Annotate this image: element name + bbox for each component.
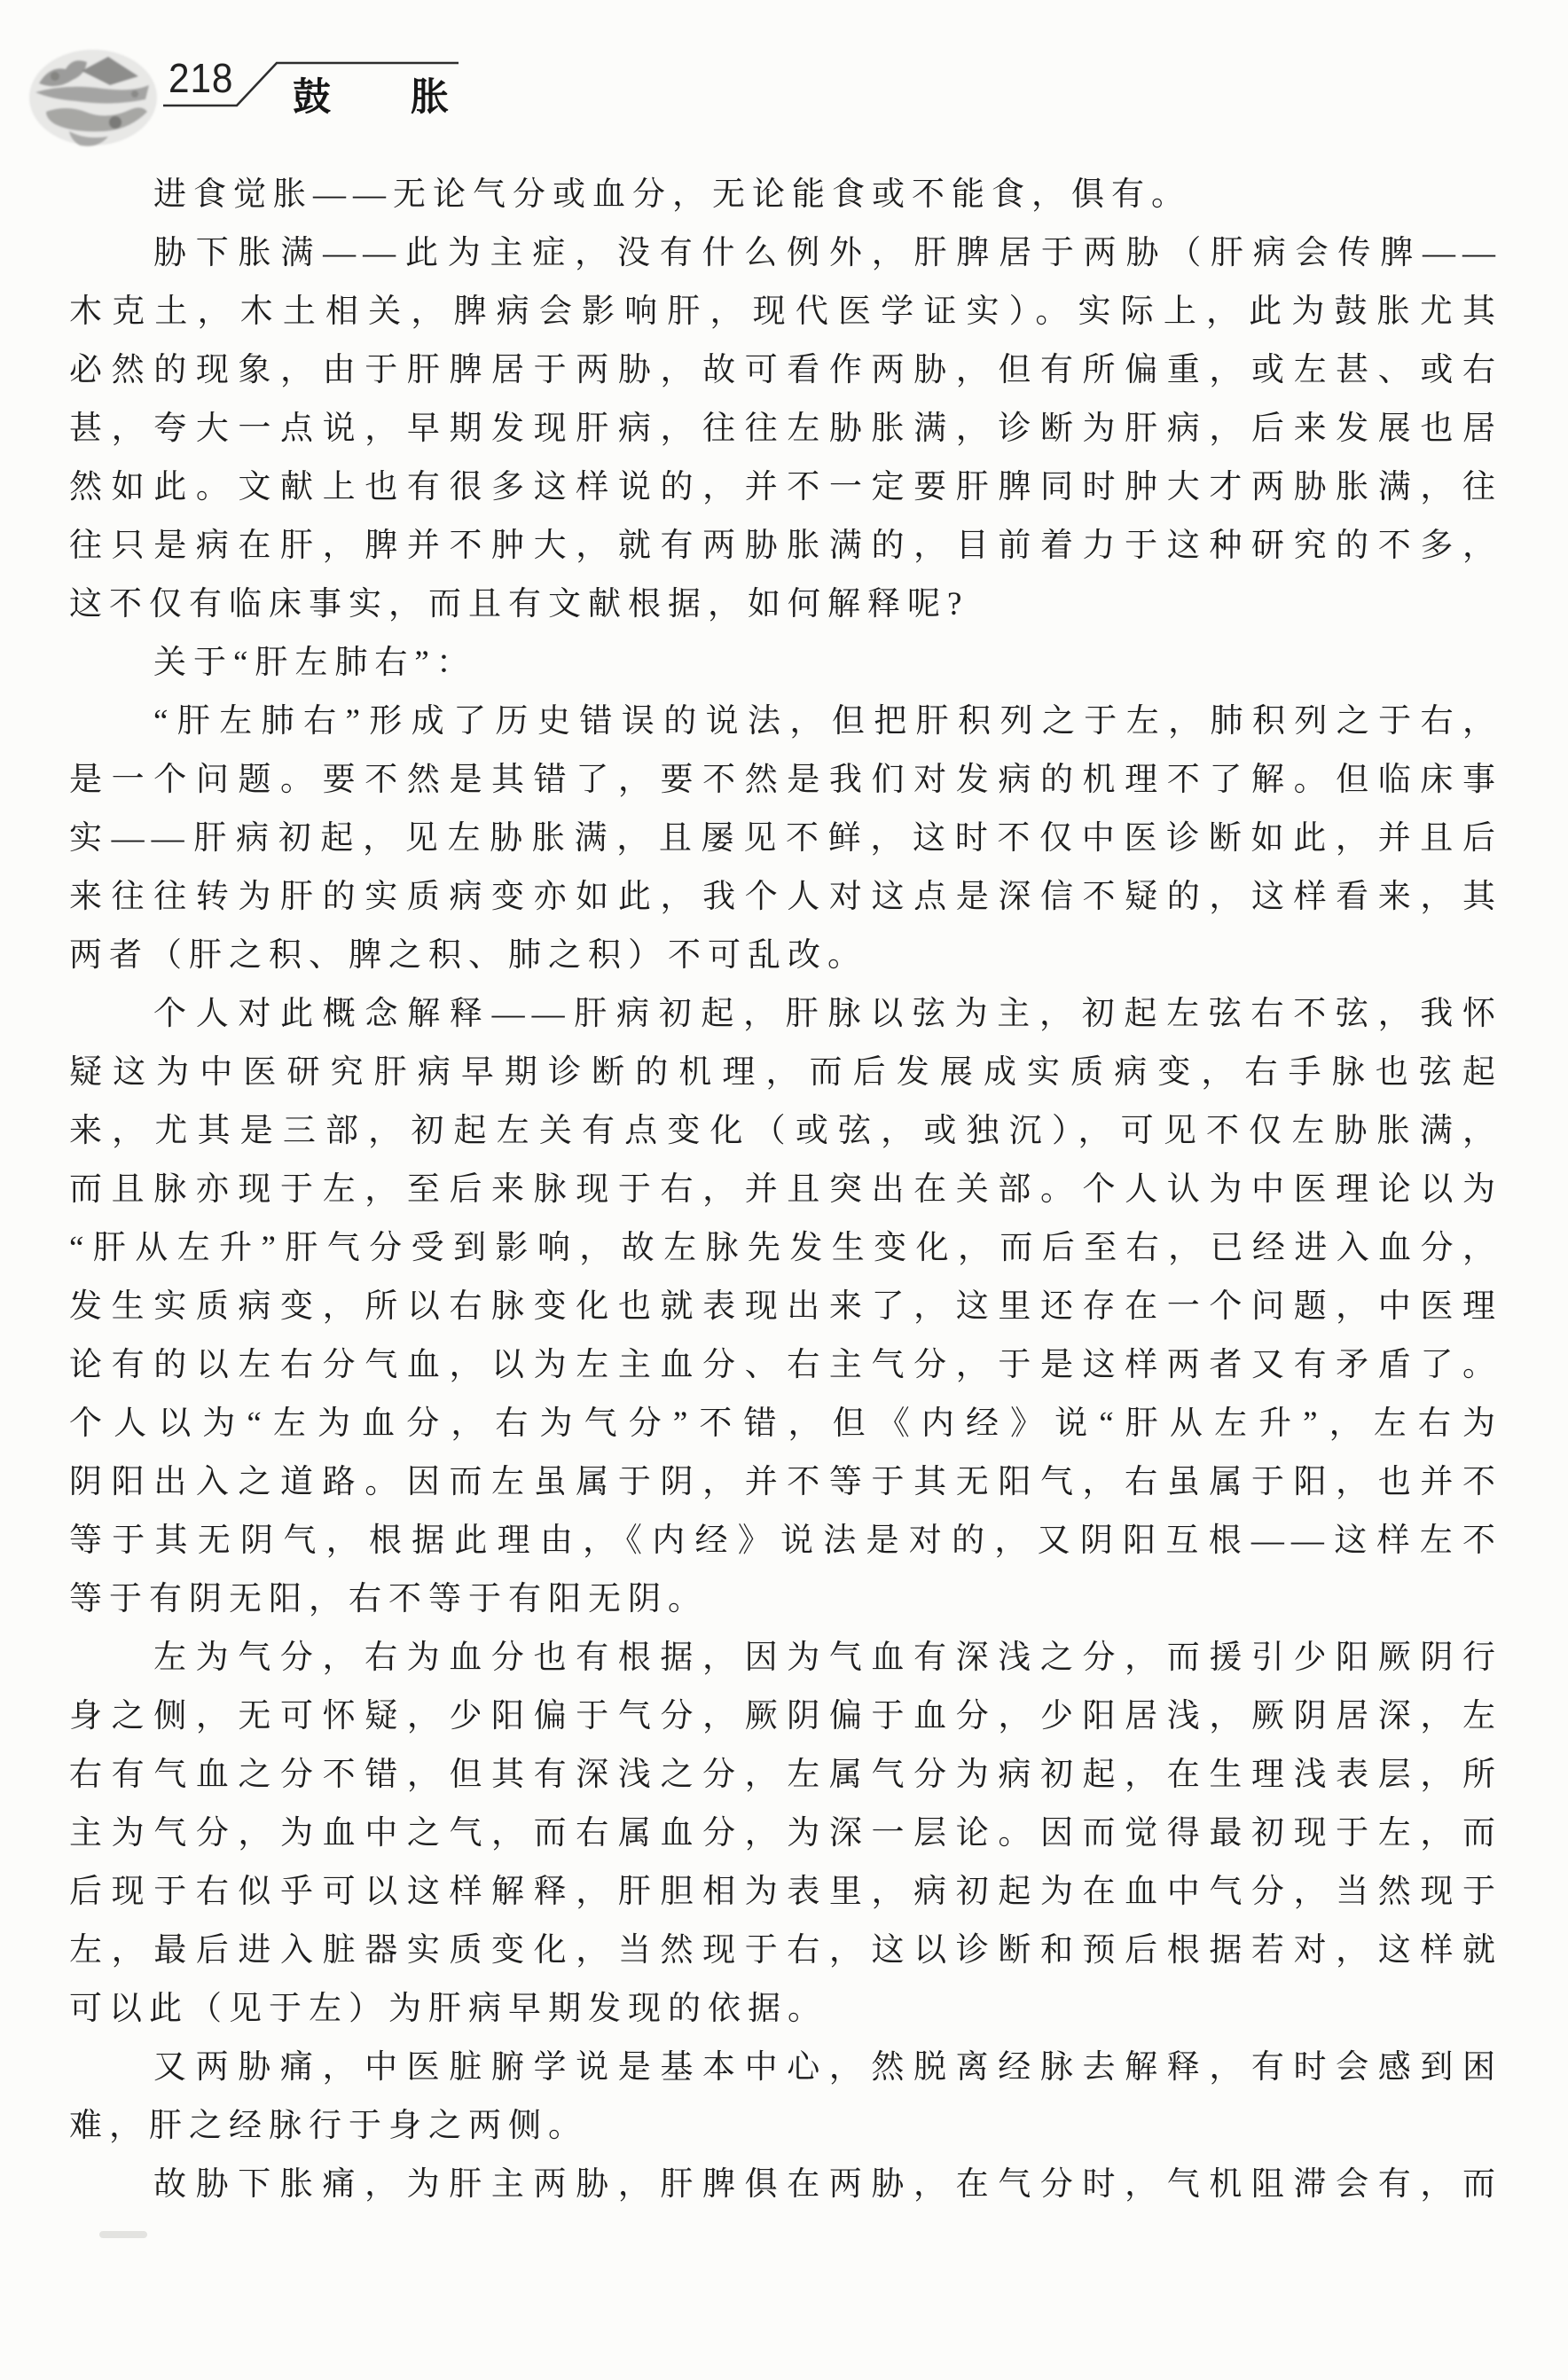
page-number: 218 [169, 55, 233, 101]
text-line: 然如此。文献上也有很多这样说的，并不一定要肝脾同时肿大才两胁胀满，往 [69, 458, 1502, 517]
text-line: 论有的以左右分气血，以为左主血分、右主气分，于是这样两者又有矛盾了。 [69, 1336, 1502, 1395]
text-line: 左，最后进入脏器实质变化，当然现于右，这以诊断和预后根据若对，这样就 [69, 1922, 1502, 1980]
text-line: 是一个问题。要不然是其错了，要不然是我们对发病的机理不了解。但临床事 [69, 751, 1502, 810]
text-line: 必然的现象，由于肝脾居于两胁，故可看作两胁，但有所偏重，或左甚、或右 [69, 341, 1502, 400]
text-line: “肝从左升”肝气分受到影响，故左脉先发生变化，而后至右，已经进入血分， [69, 1219, 1502, 1278]
text-line: 故胁下胀痛，为肝主两胁，肝脾俱在两胁，在气分时，气机阻滞会有，而 [69, 2156, 1502, 2214]
text-line: 左为气分，右为血分也有根据，因为气血有深浅之分，而援引少阳厥阴行 [69, 1629, 1502, 1687]
text-line: 关于“肝左肺右”： [69, 634, 1502, 693]
text-line: 主为气分，为血中之气，而右属血分，为深一层论。因而觉得最初现于左，而 [69, 1805, 1502, 1863]
chapter-title-char: 鼓 [293, 78, 331, 119]
text-line: “肝左肺右”形成了历史错误的说法，但把肝积列之于左，肺积列之于右， [69, 693, 1502, 751]
text-line: 右有气血之分不错，但其有深浅之分，左属气分为病初起，在生理浅表层，所 [69, 1746, 1502, 1805]
book-page: 218 鼓 胀 进食觉胀——无论气分或血分，无论能食或不能食，俱有。胁下胀满——… [0, 0, 1568, 2380]
text-line: 甚，夸大一点说，早期发现肝病，往往左胁胀满，诊断为肝病，后来发展也居 [69, 400, 1502, 458]
header-rule [0, 0, 1568, 177]
text-line: 后现于右似乎可以这样解释，肝胆相为表里，病初起为在血中气分，当然现于 [69, 1863, 1502, 1922]
text-line: 这不仅有临床事实，而且有文献根据，如何解释呢? [69, 575, 1502, 634]
text-line: 往只是病在肝，脾并不肿大，就有两胁胀满的，目前着力于这种研究的不多， [69, 517, 1502, 575]
chapter-title: 鼓 胀 [293, 78, 449, 119]
text-line: 个人对此概念解释——肝病初起，肝脉以弦为主，初起左弦右不弦，我怀 [69, 985, 1502, 1044]
body-text: 进食觉胀——无论气分或血分，无论能食或不能食，俱有。胁下胀满——此为主症，没有什… [69, 166, 1502, 2214]
text-line: 等于有阴无阳，右不等于有阳无阴。 [69, 1570, 1502, 1629]
text-line: 两者（肝之积、脾之积、肺之积）不可乱改。 [69, 927, 1502, 985]
text-line: 发生实质病变，所以右脉变化也就表现出来了，这里还存在一个问题，中医理 [69, 1278, 1502, 1336]
text-line: 实——肝病初起，见左胁胀满，且屡见不鲜，这时不仅中医诊断如此，并且后 [69, 810, 1502, 868]
text-line: 阴阳出入之道路。因而左虽属于阴，并不等于其无阳气，右虽属于阳，也并不 [69, 1453, 1502, 1512]
text-line: 疑这为中医研究肝病早期诊断的机理，而后发展成实质病变，右手脉也弦起 [69, 1044, 1502, 1102]
text-line: 可以此（见于左）为肝病早期发现的依据。 [69, 1980, 1502, 2039]
text-line: 个人以为“左为血分，右为气分”不错，但《内经》说“肝从左升”，左右为 [69, 1395, 1502, 1453]
text-line: 来，尤其是三部，初起左关有点变化（或弦，或独沉），可见不仅左胁胀满， [69, 1102, 1502, 1161]
ink-stamp-icon [23, 41, 163, 158]
text-line: 来往往转为肝的实质病变亦如此，我个人对这点是深信不疑的，这样看来，其 [69, 868, 1502, 927]
text-line: 而且脉亦现于左，至后来脉现于右，并且突出在关部。个人认为中医理论以为 [69, 1161, 1502, 1219]
scan-smudge [99, 2231, 147, 2238]
chapter-title-char: 胀 [411, 78, 449, 119]
text-line: 胁下胀满——此为主症，没有什么例外，肝脾居于两胁（肝病会传脾—— [69, 224, 1502, 283]
text-line: 难，肝之经脉行于身之两侧。 [69, 2097, 1502, 2156]
text-line: 又两胁痛，中医脏腑学说是基本中心，然脱离经脉去解释，有时会感到困 [69, 2039, 1502, 2097]
text-line: 身之侧，无可怀疑，少阳偏于气分，厥阴偏于血分，少阳居浅，厥阴居深，左 [69, 1687, 1502, 1746]
text-line: 等于其无阴气，根据此理由，《内经》说法是对的，又阴阳互根——这样左不 [69, 1512, 1502, 1570]
text-line: 木克土，木土相关，脾病会影响肝，现代医学证实）。实际上，此为鼓胀尤其 [69, 283, 1502, 341]
text-line: 进食觉胀——无论气分或血分，无论能食或不能食，俱有。 [69, 166, 1502, 224]
